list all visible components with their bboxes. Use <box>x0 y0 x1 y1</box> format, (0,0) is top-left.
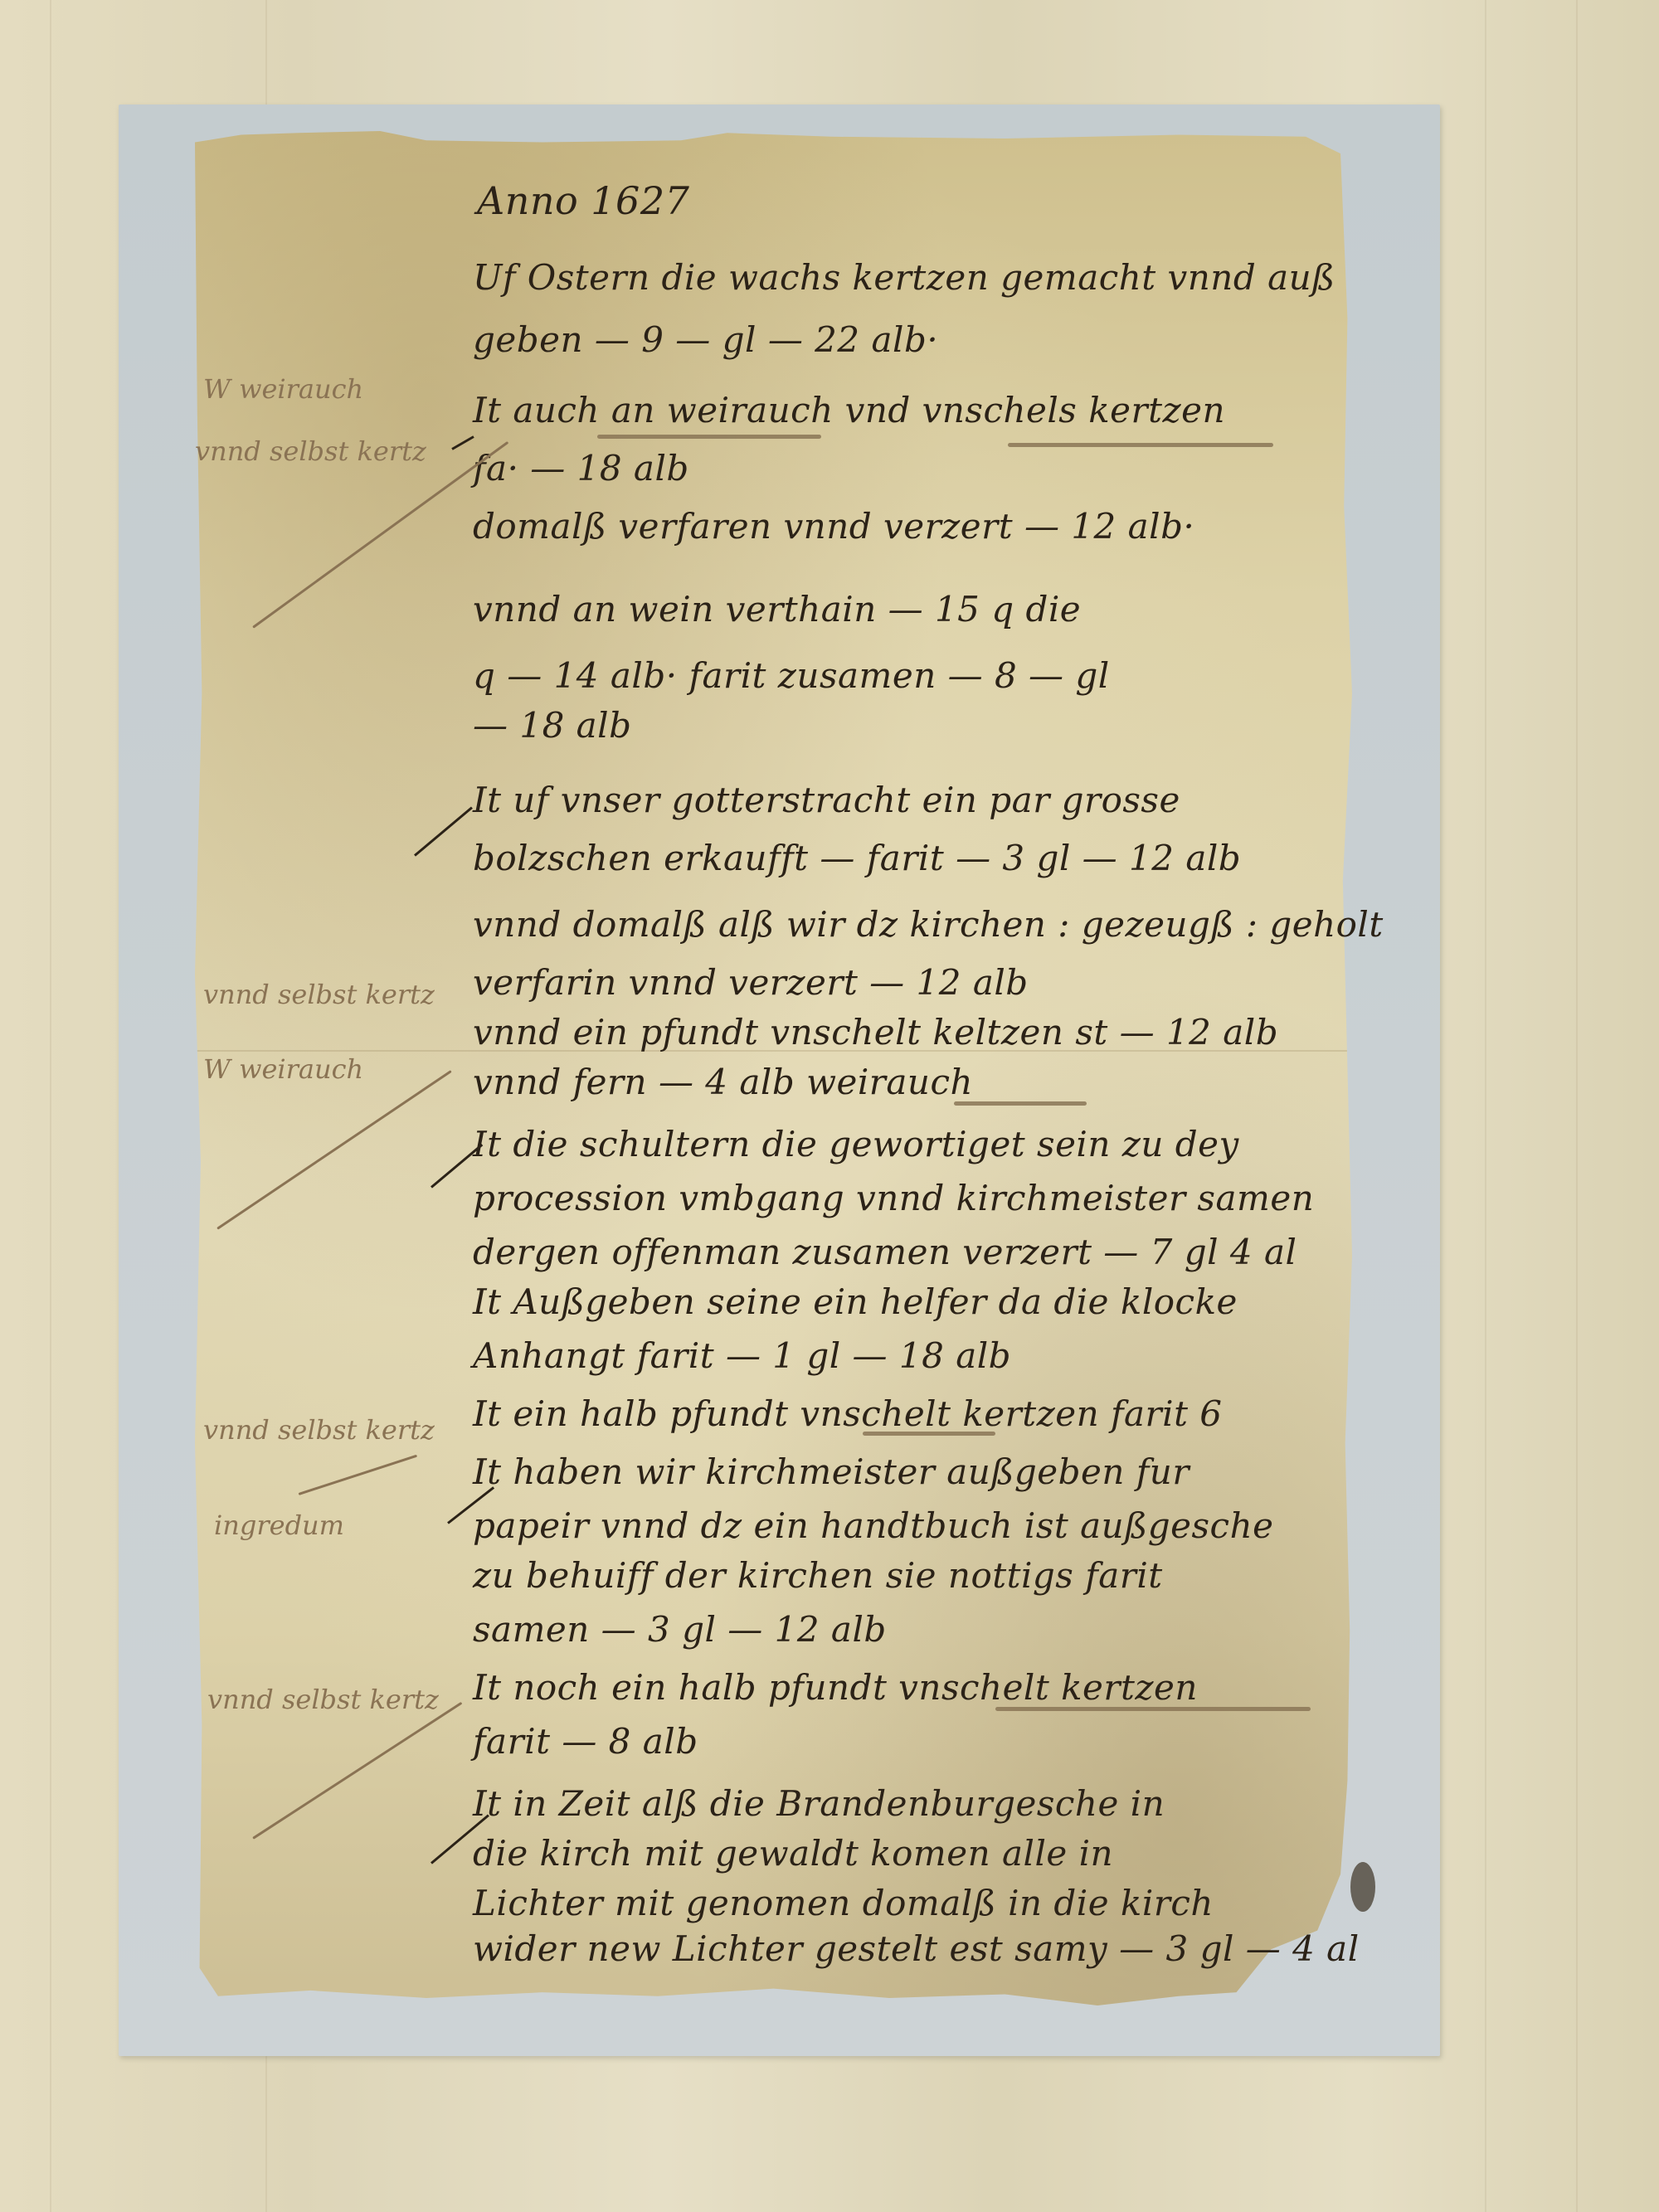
text-line: vnnd ein pfundt vnschelt keltzen st — 12… <box>473 1012 1278 1053</box>
text-line: vnnd domalß alß wir dz kirchen : gezeugß… <box>473 904 1384 945</box>
wall-grain <box>1576 0 1578 2212</box>
margin-note: vnnd selbst kertz <box>203 979 435 1010</box>
underline <box>863 1432 995 1436</box>
text-line: samen — 3 gl — 12 alb <box>473 1609 887 1650</box>
ink-stain <box>1350 1862 1375 1912</box>
margin-note: vnnd selbst kertz <box>195 435 426 467</box>
margin-note: ingredum <box>214 1510 344 1541</box>
text-line: It die schultern die gewortiget sein zu … <box>473 1124 1239 1164</box>
text-line: It Außgeben seine ein helfer da die kloc… <box>473 1281 1238 1322</box>
text-line: It haben wir kirchmeister außgeben fur <box>473 1451 1190 1492</box>
text-line: It auch an weirauch vnd vnschels kertzen <box>473 390 1225 430</box>
text-line: vnnd an wein verthain — 15 q die <box>473 589 1081 630</box>
wall-grain <box>50 0 51 2212</box>
text-line: Lichter mit genomen domalß in die kirch <box>473 1883 1214 1923</box>
wall-grain <box>1485 0 1486 2212</box>
margin-note: vnnd selbst kertz <box>207 1684 439 1715</box>
text-line: wider new Lichter gestelt est samy — 3 g… <box>473 1928 1360 1969</box>
margin-note: vnnd selbst kertz <box>203 1414 435 1446</box>
underline <box>954 1101 1087 1106</box>
text-line: vnnd fern — 4 alb weirauch <box>473 1062 973 1102</box>
underline <box>1008 443 1273 447</box>
text-line: It noch ein halb pfundt vnschelt kertzen <box>473 1667 1198 1708</box>
text-line: verfarin vnnd verzert — 12 alb <box>473 962 1029 1003</box>
underline <box>995 1707 1311 1711</box>
text-line: farit — 8 alb <box>473 1721 698 1762</box>
underline <box>597 435 821 439</box>
text-line: — 18 alb <box>473 705 632 746</box>
margin-note: W weirauch <box>203 373 363 405</box>
text-line: procession vmbgang vnnd kirchmeister sam… <box>473 1178 1314 1218</box>
text-line: It uf vnser gotterstracht ein par grosse <box>473 780 1180 820</box>
text-line: domalß verfaren vnnd verzert — 12 alb· <box>473 506 1194 547</box>
text-line: die kirch mit gewaldt komen alle in <box>473 1833 1113 1874</box>
text-line: Anhangt farit — 1 gl — 18 alb <box>473 1335 1011 1376</box>
margin-note: W weirauch <box>203 1053 363 1085</box>
text-line: papeir vnnd dz ein handtbuch ist außgesc… <box>473 1505 1274 1546</box>
text-line: It ein halb pfundt vnschelt kertzen fari… <box>473 1393 1223 1434</box>
text-line: q — 14 alb· farit zusamen — 8 — gl <box>473 655 1110 696</box>
text-line: Uf Ostern die wachs kertzen gemacht vnnd… <box>473 257 1335 298</box>
text-line: fa· — 18 alb <box>473 448 689 489</box>
year-heading: Anno 1627 <box>477 178 689 223</box>
text-line: It in Zeit alß die Brandenburgesche in <box>473 1783 1165 1824</box>
text-line: geben — 9 — gl — 22 alb· <box>473 319 938 360</box>
text-line: bolzschen erkaufft — farit — 3 gl — 12 a… <box>473 838 1241 878</box>
text-line: zu behuiff der kirchen sie nottigs farit <box>473 1555 1163 1596</box>
text-line: dergen offenman zusamen verzert — 7 gl 4… <box>473 1232 1297 1272</box>
